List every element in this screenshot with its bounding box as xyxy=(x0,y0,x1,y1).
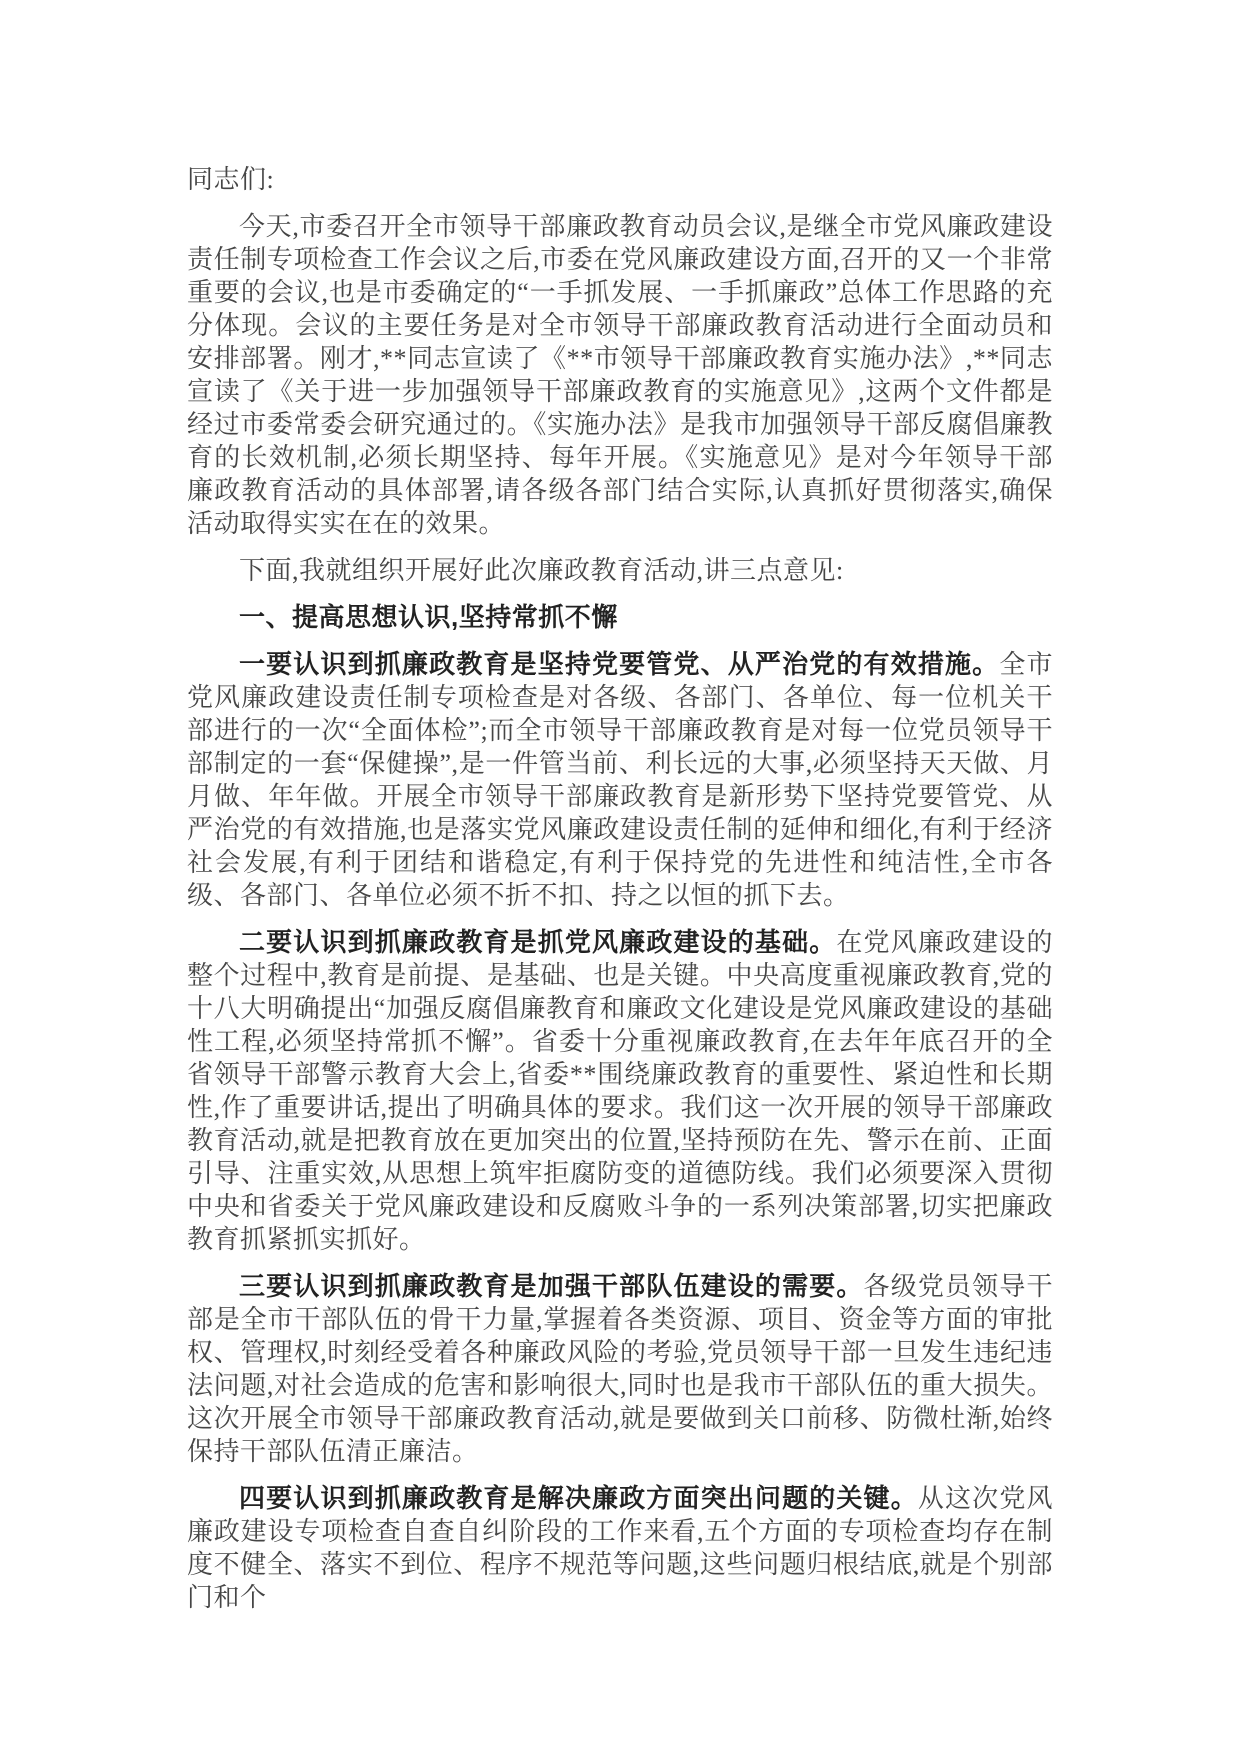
point-paragraph-3: 三要认识到抓廉政教育是加强干部队伍建设的需要。各级党员领导干部是全市干部队伍的骨… xyxy=(187,1270,1053,1468)
document-page: 同志们: 今天,市委召开全市领导干部廉政教育动员会议,是继全市党风廉政建设责任制… xyxy=(0,0,1240,1754)
section-heading-1: 一、提高思想认识,坚持常抓不懈 xyxy=(187,601,1053,634)
point-lead-2: 二要认识到抓廉政教育是抓党风廉政建设的基础。 xyxy=(239,927,836,957)
point-text-3: 各级党员领导干部是全市干部队伍的骨干力量,掌握着各类资源、项目、资金等方面的审批… xyxy=(187,1272,1053,1466)
intro-paragraph: 今天,市委召开全市领导干部廉政教育动员会议,是继全市党风廉政建设责任制专项检查工… xyxy=(187,210,1053,540)
transition-paragraph: 下面,我就组织开展好此次廉政教育活动,讲三点意见: xyxy=(187,554,1053,587)
salutation: 同志们: xyxy=(187,163,1053,196)
point-lead-3: 三要认识到抓廉政教育是加强干部队伍建设的需要。 xyxy=(239,1271,864,1301)
point-paragraph-2: 二要认识到抓廉政教育是抓党风廉政建设的基础。在党风廉政建设的整个过程中,教育是前… xyxy=(187,926,1053,1256)
point-paragraph-4: 四要认识到抓廉政教育是解决廉政方面突出问题的关键。从这次党风廉政建设专项检查自查… xyxy=(187,1482,1053,1614)
point-paragraph-1: 一要认识到抓廉政教育是坚持党要管党、从严治党的有效措施。全市党风廉政建设责任制专… xyxy=(187,648,1053,912)
point-text-1: 全市党风廉政建设责任制专项检查是对各级、各部门、各单位、每一位机关干部进行的一次… xyxy=(187,650,1053,910)
point-lead-4: 四要认识到抓廉政教育是解决廉政方面突出问题的关键。 xyxy=(239,1483,918,1513)
point-lead-1: 一要认识到抓廉政教育是坚持党要管党、从严治党的有效措施。 xyxy=(239,649,999,679)
point-text-2: 在党风廉政建设的整个过程中,教育是前提、是基础、也是关键。中央高度重视廉政教育,… xyxy=(187,928,1053,1254)
